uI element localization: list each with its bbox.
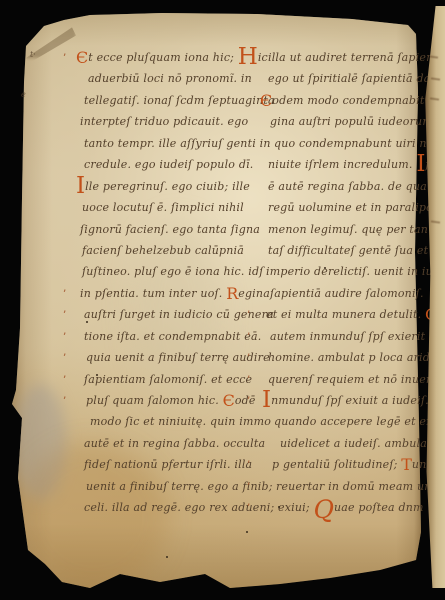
text-segment: odem modo condempnabit re [272, 94, 440, 107]
manuscript-line: ’Inmunduſ ſpſ exiuit a iudeiſ. [260, 390, 444, 411]
ink-speck [278, 506, 280, 508]
rubric-initial: Є [76, 48, 88, 67]
manuscript-line: gina auſtri populū iudeorum. [260, 111, 444, 132]
text-segment: uenit a finibuſ terrę. ego a finib; [86, 480, 273, 493]
folio-mark: e [21, 90, 26, 99]
manuscript-line: menon legimuſ. quę per tan [260, 219, 444, 240]
text-segment: t ecce pluſquam iona hic; [88, 51, 238, 64]
text-column-right: illa ut audiret terrenā ſapientiāego ut … [260, 47, 444, 519]
text-segment: ſignorū facienſ. ego tanta ſigna [80, 223, 260, 236]
manuscript-line: uoce locutuſ ē. ſimplici nihil [76, 197, 260, 218]
manuscript-line: credule. ego iudeiſ populo dī. [76, 154, 260, 175]
quote-diple-mark: ’ [247, 327, 250, 348]
ink-speck [324, 267, 326, 269]
manuscript-line: ſapientiā audire ſalomoniſ. [260, 283, 444, 304]
rubric-initial: T [401, 455, 412, 474]
manuscript-line: ē autē regina ſabba. de qua in [260, 176, 444, 197]
text-segment: credule. ego iudeiſ populo dī. [84, 158, 253, 171]
quote-diple-mark: ’ [247, 305, 250, 326]
text-segment: ſapientiā audire ſalomoniſ. [270, 287, 424, 300]
manuscript-line: Ille peregrinuſ. ego ciuib; ille [76, 176, 260, 197]
text-segment: tanto tempr. ille aſſyriuſ genti in [84, 137, 271, 150]
text-segment: quando accepere legē et expulſ [274, 415, 445, 428]
text-segment: uoce locutuſ ē. ſimplici nihil [82, 201, 244, 214]
manuscript-line: imperio derelictiſ. uenit in iudeā [260, 261, 444, 282]
manuscript-line: regū uolumine et in paralipo [260, 197, 444, 218]
text-segment: et ei multa munera detulit. [266, 308, 425, 321]
rubric-initial: Є [223, 391, 235, 410]
text-segment: odē [235, 394, 256, 407]
manuscript-line: ſignorū facienſ. ego tanta ſigna [76, 219, 260, 240]
manuscript-line: ’exiui; Quae poſtea dnm qe [260, 497, 444, 518]
manuscript-line: uidelicet a iudeiſ. ambulauit [260, 433, 444, 454]
ink-speck [96, 374, 98, 376]
text-column-left: ’Єt ecce pluſquam iona hic; Hicaduerbiū … [76, 47, 260, 519]
text-segment: imperio derelictiſ. uenit in iudeā [266, 265, 445, 278]
text-segment: homine. ambulat p loca arida [268, 351, 437, 364]
text-segment: reuertar in domū meam unde [276, 480, 445, 493]
text-segment: quia uenit a finibuſ terrę audire [86, 351, 270, 364]
showthrough-mark [431, 77, 440, 80]
ink-speck [246, 531, 248, 533]
manuscript-line: fideſ nationū pfertur iſrli. illa [76, 454, 260, 475]
manuscript-line: uenit a finibuſ terrę. ego a finib; [76, 476, 260, 497]
showthrough-mark [430, 97, 439, 100]
text-segment: uae poſtea dnm qe [334, 501, 441, 514]
manuscript-line: illa ut audiret terrenā ſapientiā [260, 47, 444, 68]
text-segment: regū uolumine et in paralipo [268, 201, 433, 214]
text-segment: facienſ behelzebub calūpniā [82, 244, 244, 257]
manuscript-line: ſuſtineo. pluſ ego ē iona hic. idſ [76, 261, 260, 282]
showthrough-mark [429, 55, 438, 58]
text-segment: autē et in regina ſabba. occulta [84, 437, 265, 450]
manuscript-line: ’ſapientiam ſalomoniſ. et ecce [76, 369, 260, 390]
text-segment: autem inmunduſ ſpſ exierit ab [270, 330, 443, 343]
quote-diple-mark: ’ [63, 48, 66, 69]
manuscript-line: tanto tempr. ille aſſyriuſ genti in [76, 133, 260, 154]
quote-diple-mark: ’ [63, 284, 66, 305]
manuscript-line: interpteſ triduo pdicauit. ego [76, 111, 260, 132]
text-segment: gina auſtri populū iudeorum. [270, 115, 437, 128]
quote-diple-mark: ’ [247, 477, 250, 498]
rubric-initial: H [238, 44, 258, 70]
manuscript-line: ’auſtri ſurget in iudicio cū genera [76, 304, 260, 325]
text-segment: nmunduſ ſpſ exiuit a iudeiſ. [271, 394, 429, 407]
text-segment: in pſentia. tum inter uoſ. [80, 287, 226, 300]
text-segment: illa ut audiret terrenā ſapientiā [268, 51, 445, 64]
text-segment: interpteſ triduo pdicauit. ego [80, 115, 248, 128]
manuscript-line: ’pluſ quam ſalomon hic. Єodē [76, 390, 260, 411]
manuscript-line: niuite iſrlem incredulum. Iſta [260, 154, 444, 175]
text-segment: quo condempnabunt uiri nin [274, 137, 438, 150]
folio-mark: t· [30, 50, 36, 59]
manuscript-line: ’quia uenit a finibuſ terrę audire [76, 347, 260, 368]
manuscript-line: ’querenſ requiem et nō inuenit. [260, 369, 444, 390]
text-segment: taſ difficultateſ gentē ſua et [268, 244, 428, 257]
manuscript-line: ego ut ſpiritialē ſapientiā darem. [260, 68, 444, 89]
quote-diple-mark: ’ [63, 327, 66, 348]
manuscript-line: ’in pſentia. tum inter uoſ. Regina [76, 283, 260, 304]
manuscript-line: celi. illa ad regē. ego rex adueni; [76, 497, 260, 518]
rubric-initial: Є [260, 91, 272, 110]
quote-diple-mark: ’ [247, 498, 250, 519]
text-segment: pluſ quam ſalomon hic. [86, 394, 223, 407]
manuscript-line: ’et ei multa munera detulit. Cum [260, 304, 444, 325]
manuscript-line: ’homine. ambulat p loca arida [260, 347, 444, 368]
quote-diple-mark: ’ [247, 391, 250, 412]
ink-speck [166, 556, 168, 558]
text-segment: ſuſtineo. pluſ ego ē iona hic. idſ [82, 265, 264, 278]
manuscript-line: ’reuertar in domū meam unde [260, 476, 444, 497]
text-segment: lle peregrinuſ. ego ciuib; ille [85, 180, 250, 193]
manuscript-line: ’autem inmunduſ ſpſ exierit ab [260, 326, 444, 347]
quote-diple-mark: ’ [63, 348, 66, 369]
text-segment: niuite iſrlem incredulum. [268, 158, 416, 171]
text-segment: uidelicet a iudeiſ. ambulauit [280, 437, 443, 450]
rubric-initial: R [226, 284, 238, 303]
text-segment: tione iſta. et condempnabit eā. [84, 330, 261, 343]
manuscript-photo: t· e ’Єt ecce pluſquam iona hic; Hicadue… [0, 0, 445, 600]
text-segment: ſapientiam ſalomoniſ. et ecce [84, 373, 252, 386]
rubric-initial: I [262, 387, 271, 413]
quote-diple-mark: ’ [247, 370, 250, 391]
text-segment: fideſ nationū pfertur iſrli. illa [84, 458, 252, 471]
rubric-initial: I [76, 173, 85, 199]
text-segment: auſtri ſurget in iudicio cū genera [84, 308, 274, 321]
text-segment: exiui; [278, 501, 313, 514]
manuscript-line: quando accepere legē et expulſ [260, 411, 444, 432]
manuscript-line: aduerbiū loci nō pronomĩ. in [76, 68, 260, 89]
manuscript-line: ’Єt ecce pluſquam iona hic; Hic [76, 47, 260, 68]
manuscript-line: facienſ behelzebub calūpniā [76, 240, 260, 261]
manuscript-line: modo ſic et niniuitę. quin immo [76, 411, 260, 432]
showthrough-mark [431, 220, 440, 223]
quote-diple-mark: ’ [63, 305, 66, 326]
text-segment: ē autē regina ſabba. de qua in [268, 180, 442, 193]
manuscript-line: autē et in regina ſabba. occulta [76, 433, 260, 454]
parchment-stain [14, 384, 66, 500]
quote-diple-mark: ’ [247, 455, 250, 476]
text-segment: modo ſic et niniuitę. quin immo [90, 415, 271, 428]
manuscript-line: Єodem modo condempnabit re [260, 90, 444, 111]
text-segment: ego ut ſpiritialē ſapientiā darem. [268, 72, 445, 85]
rubric-initial: Q [313, 495, 334, 524]
manuscript-line: ’tione iſta. et condempnabit eā. [76, 326, 260, 347]
text-segment: querenſ requiem et nō inuenit. [268, 373, 445, 386]
manuscript-line: ’p gentaliū ſolitudineſ; Tunc dicit [260, 454, 444, 475]
text-segment: menon legimuſ. quę per tan [268, 223, 428, 236]
text-segment: celi. illa ad regē. ego rex adueni; [84, 501, 274, 514]
quote-diple-mark: ’ [63, 391, 66, 412]
text-segment: aduerbiū loci nō pronomĩ. in [88, 72, 252, 85]
quote-diple-mark: ’ [247, 348, 250, 369]
manuscript-line: tellegatiſ. ionaſ ſcdm ſeptuaginta [76, 90, 260, 111]
ink-speck [86, 321, 88, 323]
text-segment: p gentaliū ſolitudineſ; [272, 458, 401, 471]
quote-diple-mark: ’ [63, 370, 66, 391]
text-segment: tellegatiſ. ionaſ ſcdm ſeptuaginta [84, 94, 275, 107]
manuscript-line: taſ difficultateſ gentē ſua et [260, 240, 444, 261]
